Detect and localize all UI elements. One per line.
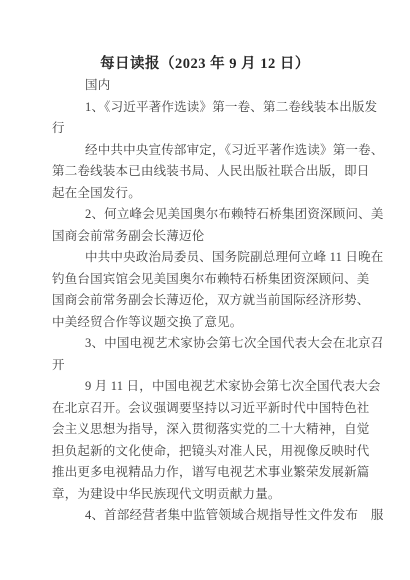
text-line: 钓鱼台国宾馆会见美国奥尔布赖特石桥集团资深顾问、美	[52, 269, 360, 291]
document-page: 每日读报（2023 年 9 月 12 日） 国内 1、《习近平著作选读》第一卷、…	[0, 0, 410, 580]
text-line: 第二卷线装本已由线装书局、人民出版社联合出版，即日	[52, 161, 360, 183]
text-line: 担负起新的文化使命，把镜头对准人民，用视像反映时代	[52, 441, 360, 463]
text-line: 2、何立峰会见美国奥尔布赖特石桥集团资深顾问、美	[52, 204, 360, 226]
document-title: 每日读报（2023 年 9 月 12 日）	[0, 52, 410, 73]
text-line: 9 月 11 日，中国电视艺术家协会第七次全国代表大会	[52, 376, 360, 398]
text-line: 1、《习近平著作选读》第一卷、第二卷线装本出版发	[52, 97, 360, 119]
text-line: 3、中国电视艺术家协会第七次全国代表大会在北京召	[52, 333, 360, 355]
document-body: 国内 1、《习近平著作选读》第一卷、第二卷线装本出版发 行 经中共中央宣传部审定…	[52, 75, 360, 527]
text-line: 起在全国发行。	[52, 183, 360, 205]
text-line: 会主义思想为指导，深入贯彻落实党的二十大精神，自觉	[52, 419, 360, 441]
text-line: 中美经贸合作等议题交换了意见。	[52, 312, 360, 334]
text-line: 4、首部经营者集中监管领域合规指导性文件发布 服	[52, 505, 360, 527]
text-line: 推出更多电视精品力作，谱写电视艺术事业繁荣发展新篇	[52, 462, 360, 484]
text-line: 经中共中央宣传部审定，《习近平著作选读》第一卷、	[52, 140, 360, 162]
text-line: 国商会前常务副会长薄迈伦	[52, 226, 360, 248]
text-line: 开	[52, 355, 360, 377]
text-line: 国内	[52, 75, 360, 97]
text-line: 行	[52, 118, 360, 140]
text-line: 中共中央政治局委员、国务院副总理何立峰 11 日晚在	[52, 247, 360, 269]
text-line: 在北京召开。会议强调要坚持以习近平新时代中国特色社	[52, 398, 360, 420]
text-line: 章，为建设中华民族现代文明贡献力量。	[52, 484, 360, 506]
text-line: 国商会前常务副会长薄迈伦，双方就当前国际经济形势、	[52, 290, 360, 312]
